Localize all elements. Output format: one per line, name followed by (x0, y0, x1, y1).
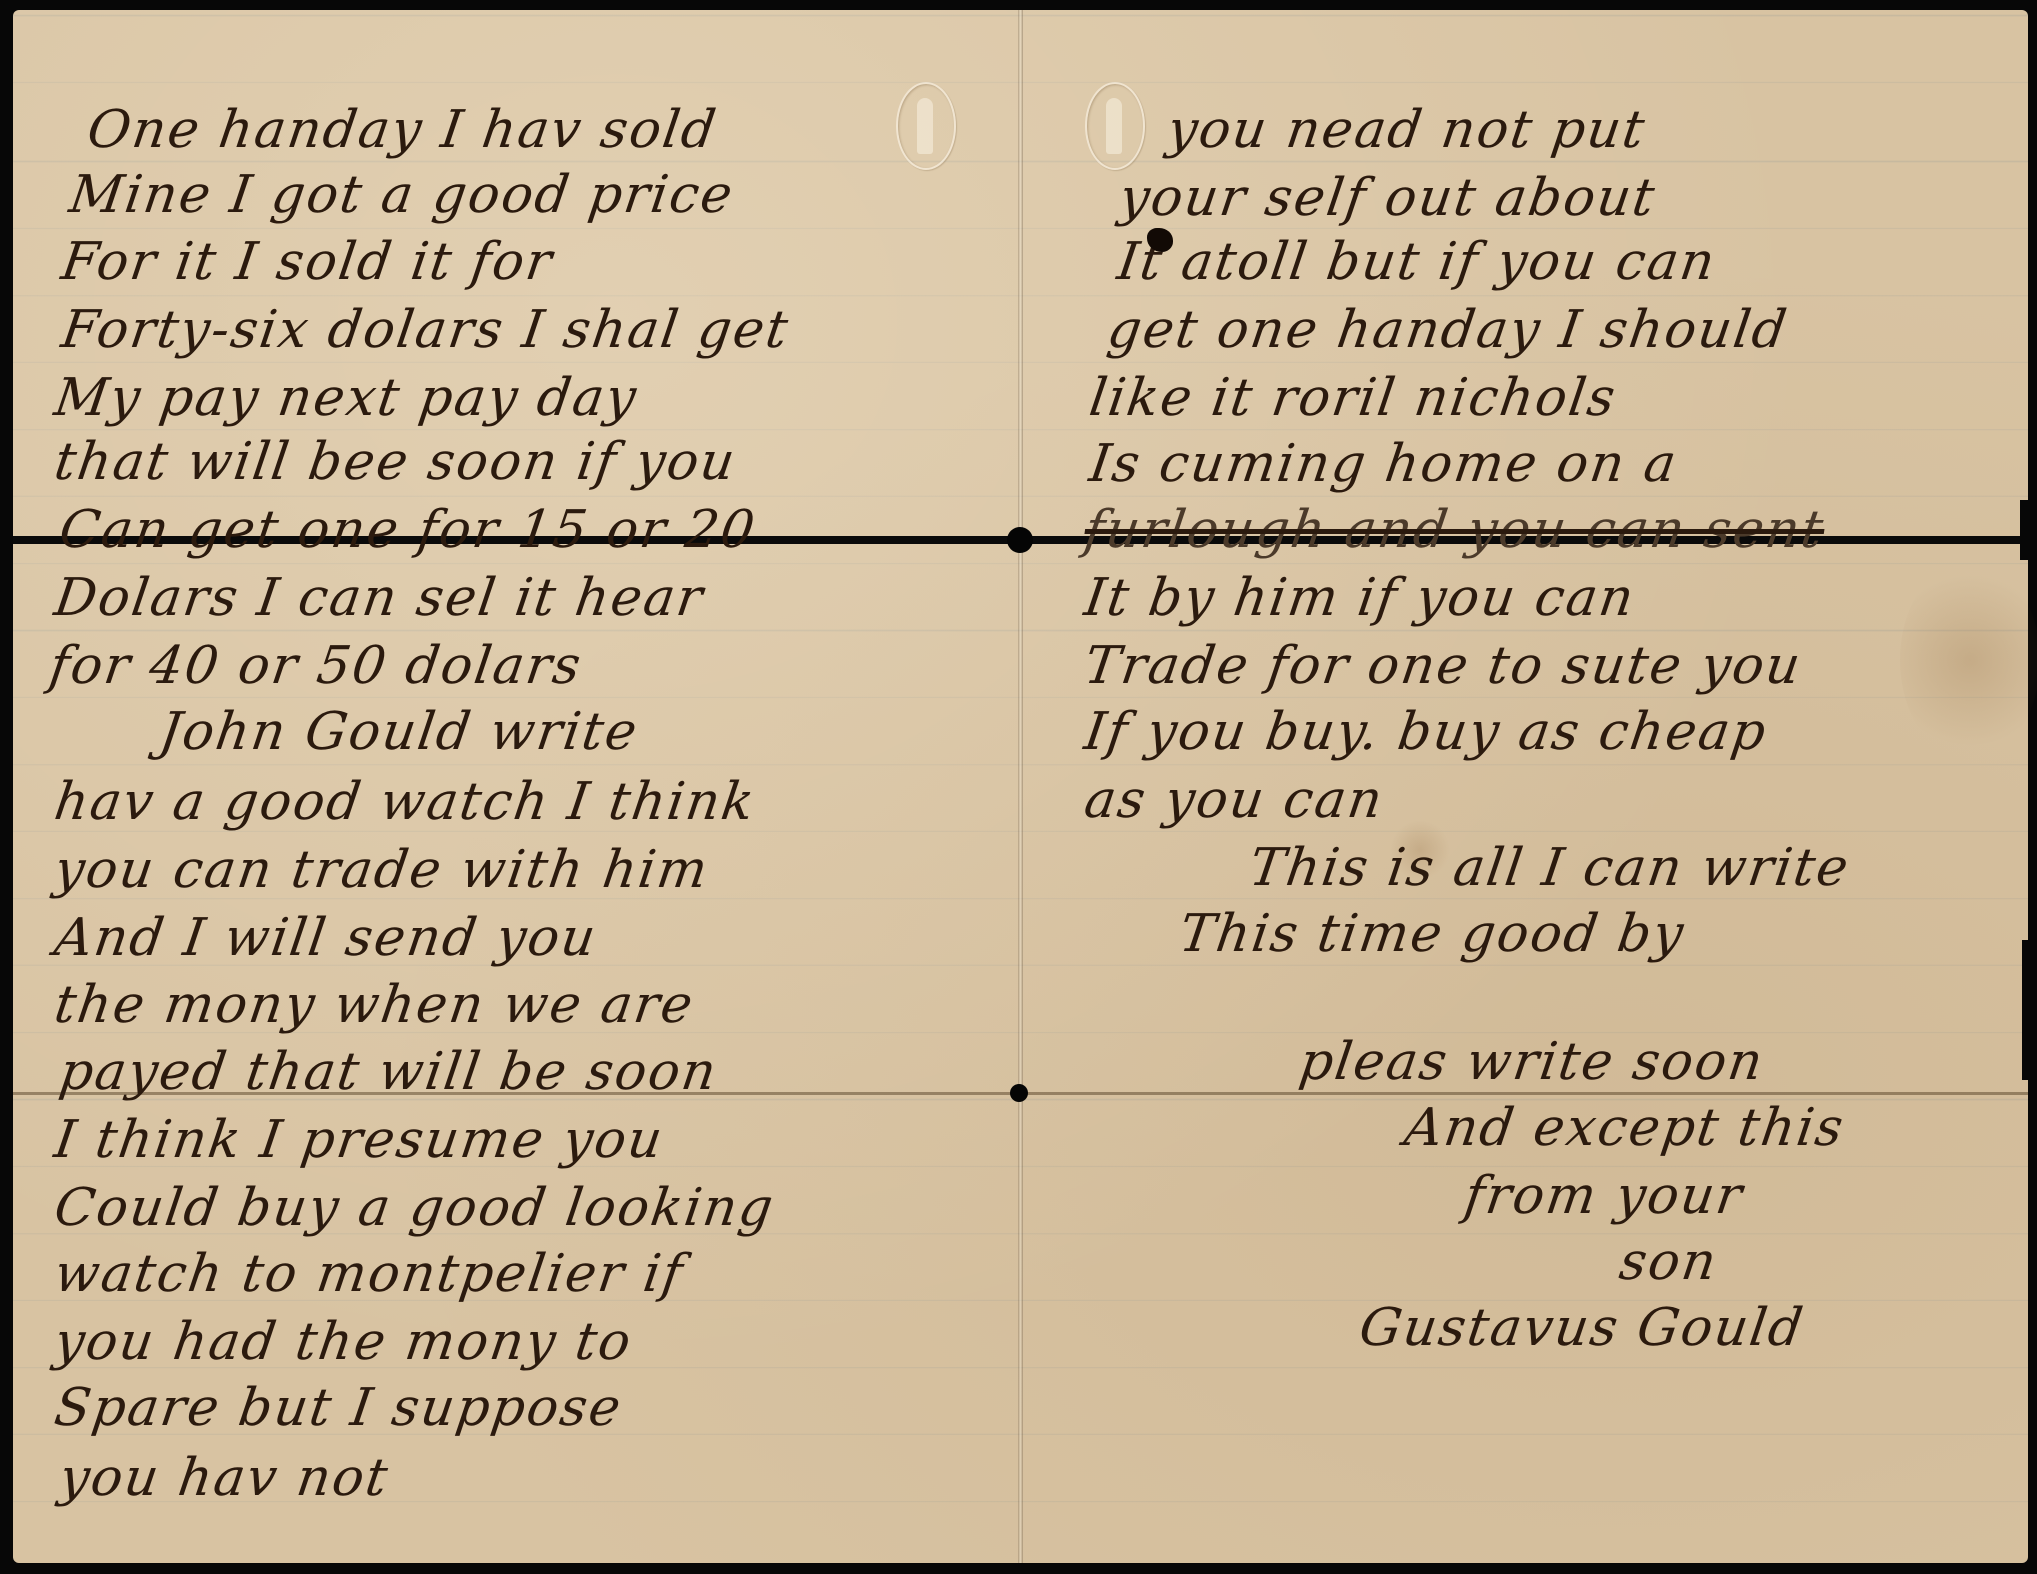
fold-intersection-hole-lower (1010, 1084, 1028, 1102)
edge-tear (2020, 500, 2037, 560)
letter-line: watch to montpelier if (51, 1244, 688, 1304)
letter-line: And I will send you (51, 908, 601, 968)
letter-line: son (1616, 1232, 1722, 1292)
ink-blot (1147, 228, 1173, 252)
letter-line: from your (1461, 1166, 1748, 1226)
letter-line: the mony when we are (51, 975, 698, 1035)
letter-line: My pay next pay day (51, 368, 642, 428)
letter-line: your self out about (1116, 168, 1660, 228)
embossed-seal-left-icon (896, 82, 956, 170)
letter-line: John Gould write (156, 702, 643, 762)
letter-line: If you buy. buy as cheap (1081, 702, 1771, 762)
letter-line: For it I sold it for (58, 232, 557, 292)
letter-line: you nead not put (1164, 100, 1650, 160)
letter-line: Trade for one to sute you (1081, 636, 1806, 696)
fingerprint-stain (1900, 560, 2037, 760)
letter-line: It by him if you can (1081, 568, 1639, 628)
signature: Gustavus Gould (1356, 1298, 1808, 1358)
letter-line: payed that will be soon (56, 1042, 722, 1102)
letter-line: I think I presume you (51, 1110, 668, 1170)
letter-line: This time good by (1176, 904, 1689, 964)
letter-line: Could buy a good looking (51, 1178, 779, 1238)
letter-line: One handay I hav sold (84, 100, 721, 160)
letter-line: Is cuming home on a (1086, 434, 1682, 494)
letter-line: you hav not (56, 1448, 393, 1508)
letter-line: for 40 or 50 dolars (46, 636, 586, 696)
letter-line: Spare but I suppose (51, 1378, 626, 1438)
letter-line: furlough and you can sent (1081, 500, 1829, 560)
letter-line: get one handay I should (1104, 300, 1792, 360)
letter-line: pleas write soon (1296, 1032, 1768, 1092)
embossed-seal-right-icon (1085, 82, 1145, 170)
letter-line: you can trade with him (51, 840, 713, 900)
letter-line: you had the mony to (51, 1312, 636, 1372)
letter-line: as you can (1081, 770, 1388, 830)
fold-intersection-hole (1007, 527, 1033, 553)
edge-tear (2022, 940, 2037, 1080)
letter-line: Can get one for 15 or 20 (56, 500, 760, 560)
letter-line: like it roril nichols (1086, 368, 1621, 428)
letter-line: It atoll but if you can (1114, 232, 1720, 292)
letter-line: hav a good watch I think (51, 772, 760, 832)
letter-line: Dolars I can sel it hear (51, 568, 708, 628)
letter-line: Forty-six dolars I shal get (58, 300, 794, 360)
letter-line: And except this (1401, 1098, 1849, 1158)
letter-line: Mine I got a good price (66, 165, 738, 225)
letter-line: that will bee soon if you (51, 432, 740, 492)
vertical-fold-crease (1018, 10, 1023, 1563)
letter-line: This is all I can write (1246, 838, 1854, 898)
